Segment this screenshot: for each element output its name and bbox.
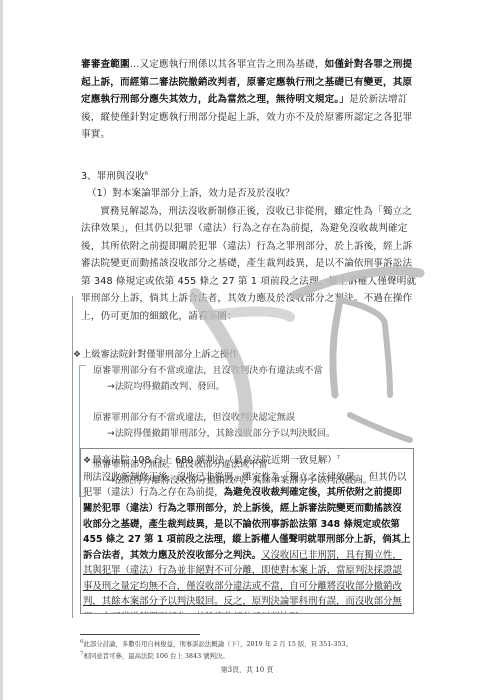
case-condition: 原審罪刑部分有不當或違法，且沒收判決亦有違法或不當: [93, 363, 419, 379]
intro-segment: …又定應執行刑係以其各罪宣告之刑為基礎，: [130, 59, 325, 70]
sub-question: （1）對本案論罪部分上訴，效力是否及於沒收？: [81, 185, 419, 203]
diagram-case: 原審罪刑部分有不當或違法，但沒收判決認定無誤 →法院得僅撤銷罪刑部分，其餘沒收部…: [93, 410, 419, 442]
section-heading: 3、罪刑與沒收6: [81, 166, 419, 186]
page-number: 第3頁，共 10 頁: [0, 665, 494, 675]
footnote-item: 6此部分討論，多數引用自林俊益，刑事訴訟法概論（下），2019 年 2 月 15…: [80, 638, 420, 650]
footnote-separator: [80, 634, 200, 635]
case-condition: 原審罪刑部分有不當或違法，但沒收判決認定無誤: [93, 410, 419, 426]
footnote-ref[interactable]: 7: [337, 455, 341, 461]
margin-rule: [72, 296, 73, 618]
case-result: →法院得僅撤銷罪刑部分，其餘沒收部分予以判決駁回。: [93, 426, 419, 442]
intro-segment: 審審查範圍: [81, 59, 130, 70]
court-ruling-box: ❖最高法院 108 台上 680 號判決（最高法院近期一致見解）7 刑法沒收新制…: [80, 448, 414, 614]
section-body: 實務見解認為，刑法沒收新制修正後，沒收已非從刑，雖定性為「獨立之法律效果」，但其…: [81, 203, 419, 326]
footnote-item: 7相同意旨可參，最高法院 106 台上 3843 號判決。: [80, 650, 420, 662]
ruling-title: ❖最高法院 108 台上 680 號判決（最高法院近期一致見解）7: [83, 451, 411, 470]
section-title-text: 3、罪刑與沒收: [81, 171, 145, 182]
page-edge: [0, 0, 3, 700]
footnote-text: 相同意旨可參，最高法院 106 台上 3843 號判決。: [84, 652, 229, 660]
ruling-title-text: 最高法院 108 台上 680 號判決（最高法院近期一致見解）: [92, 455, 337, 466]
case-result: →法院均得撤銷改判、發回。: [93, 379, 419, 395]
ruling-text: 刑法沒收新制修正後，沒收已非從刑，雖定性為「獨立之法律效果」，但其仍以犯罪（違法…: [83, 470, 411, 614]
footnote-text: 此部分討論，多數引用自林俊益，刑事訴訟法概論（下），2019 年 2 月 15 …: [84, 640, 353, 648]
footnotes: 6此部分討論，多數引用自林俊益，刑事訴訟法概論（下），2019 年 2 月 15…: [80, 638, 420, 661]
diamond-bullet-icon: ❖: [83, 456, 91, 466]
diamond-bullet-icon: ❖: [73, 350, 81, 360]
diagram-title-text: 上級審法院針對僅罪刑部分上訴之操作: [82, 349, 238, 360]
intro-paragraph: 審審查範圍…又定應執行刑係以其各罪宣告之刑為基礎，如僅針對各罪之刑提起上訴，而經…: [81, 56, 419, 144]
diagram-title: ❖上級審法院針對僅罪刑部分上訴之操作: [73, 347, 419, 363]
diagram-case: 原審罪刑部分有不當或違法，且沒收判決亦有違法或不當 →法院均得撤銷改判、發回。: [93, 363, 419, 395]
footnote-ref[interactable]: 6: [145, 171, 149, 177]
document-body: 審審查範圍…又定應執行刑係以其各罪宣告之刑為基礎，如僅針對各罪之刑提起上訴，而經…: [81, 56, 419, 489]
